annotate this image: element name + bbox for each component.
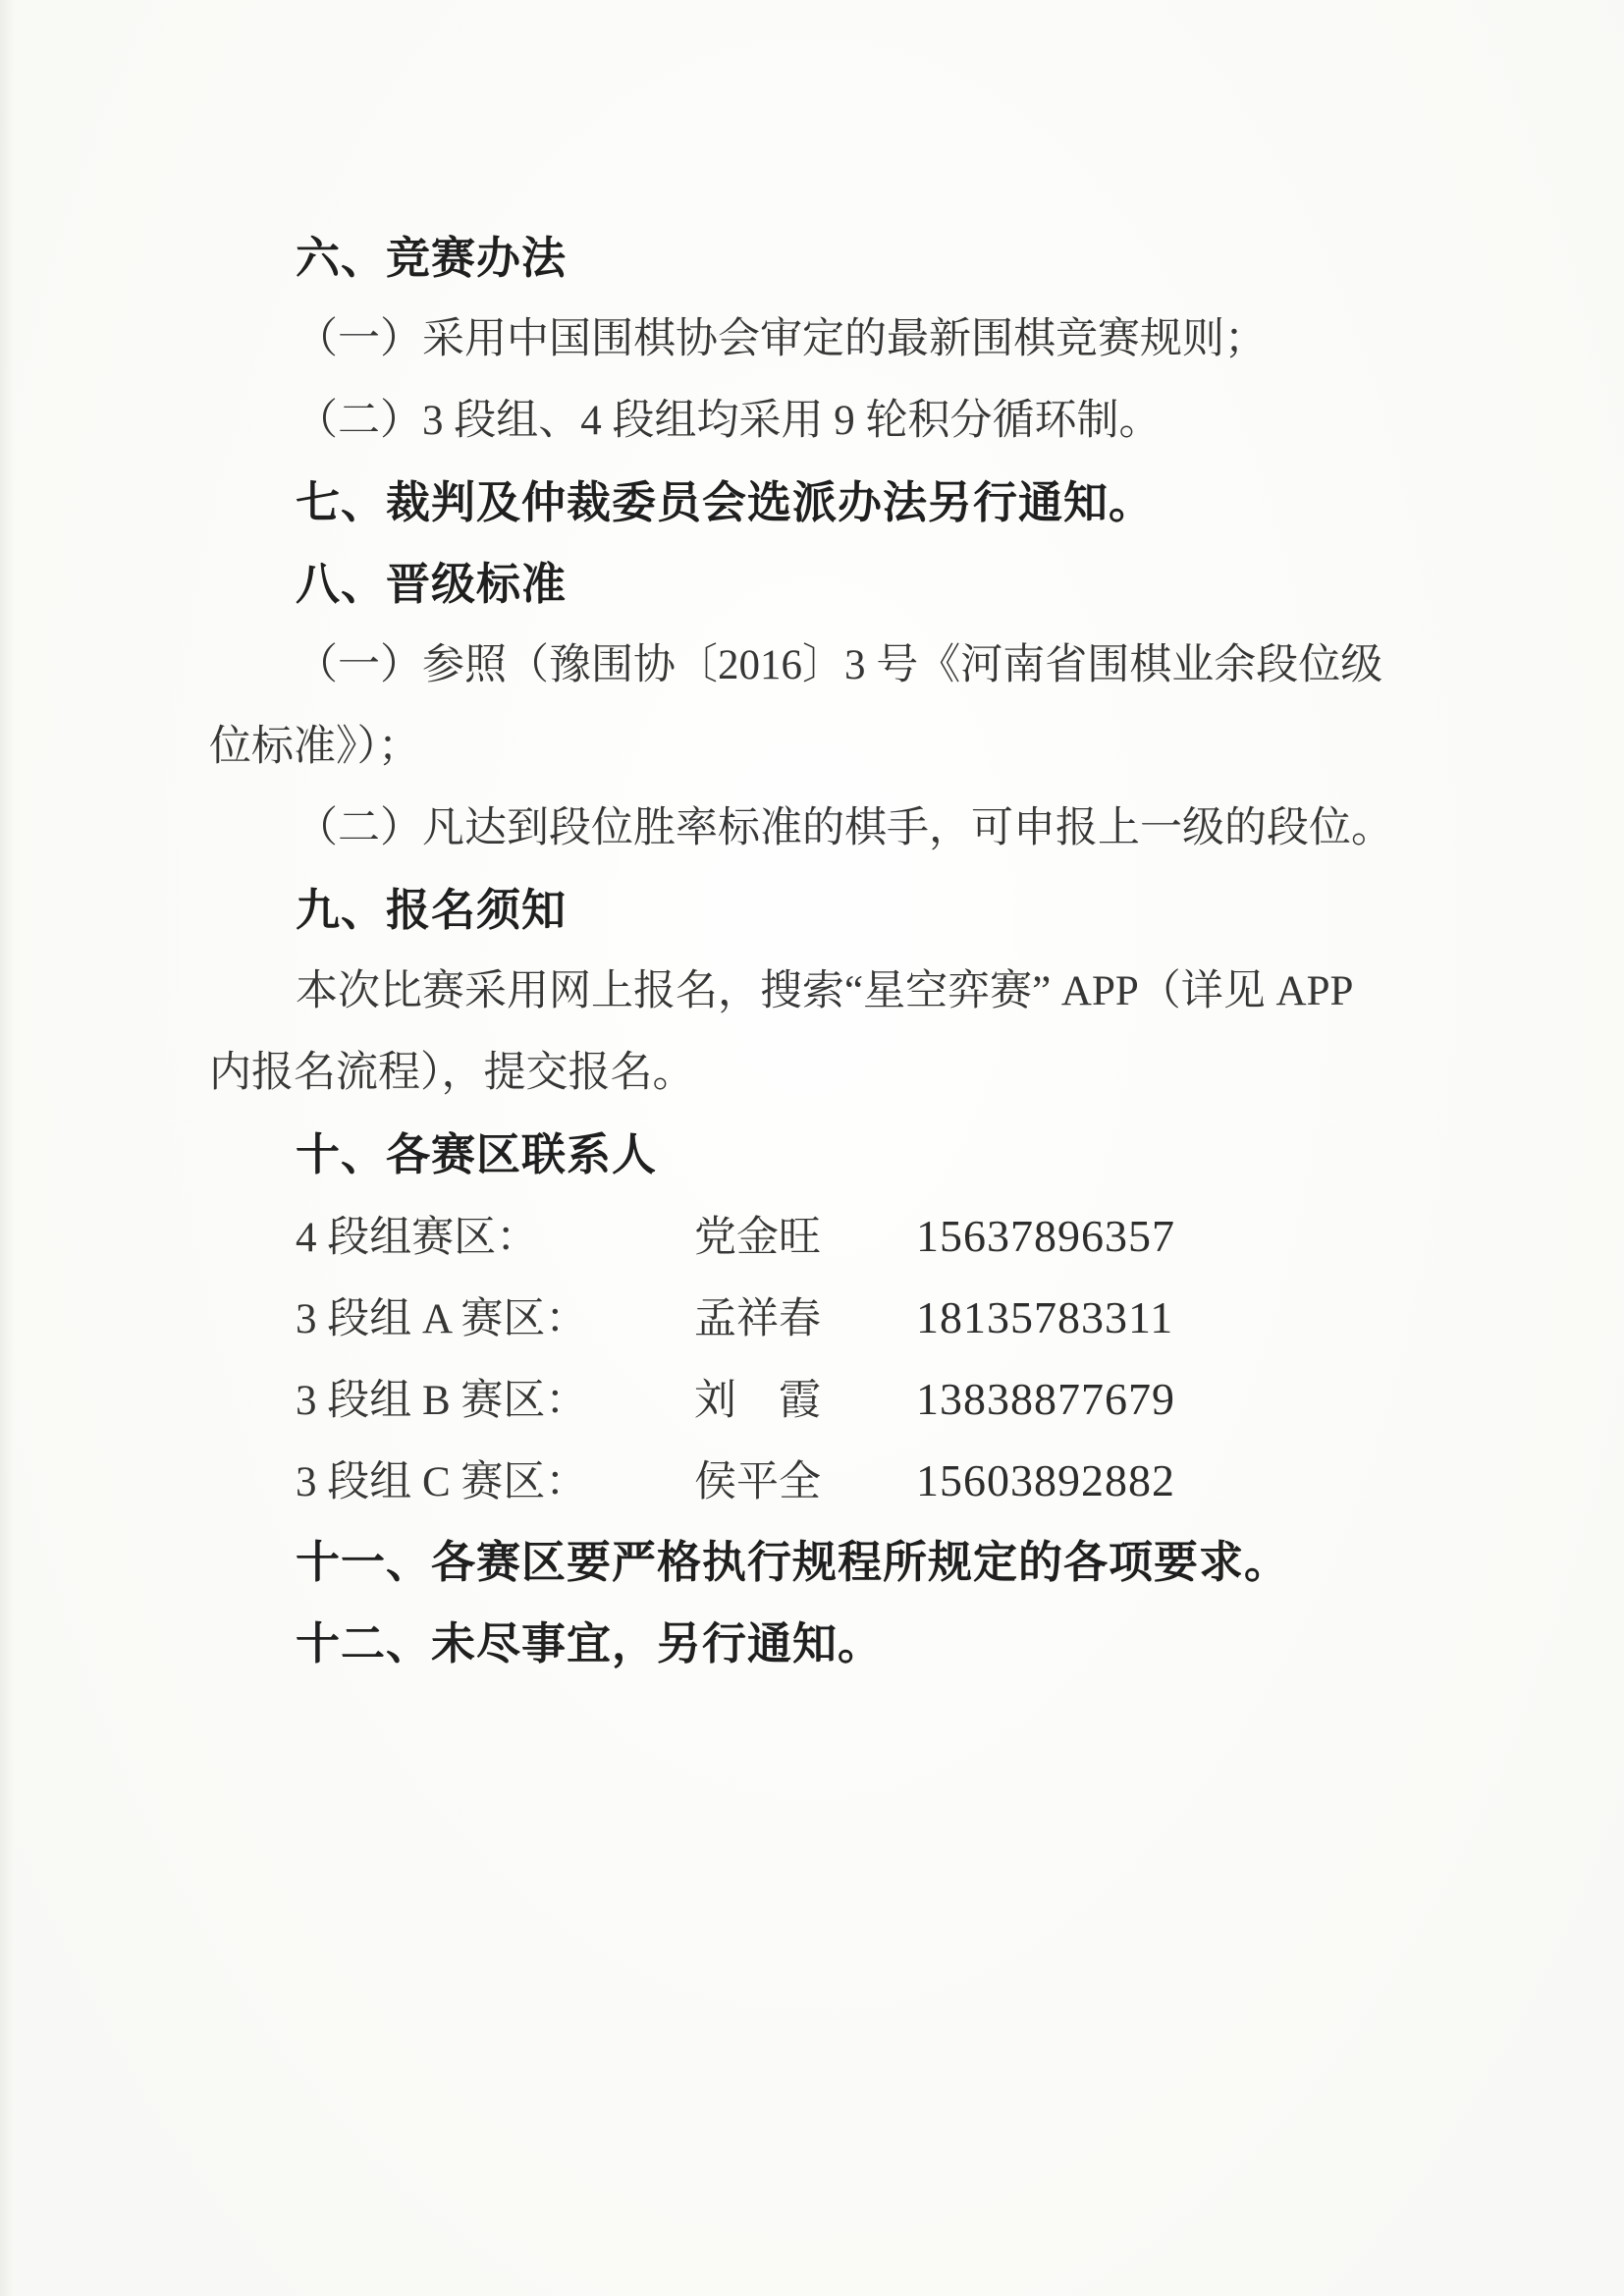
section-9-heading: 九、报名须知 (209, 869, 1397, 951)
section-7-heading: 七、裁判及仲裁委员会选派办法另行通知。 (209, 462, 1397, 543)
section-9-para-line-2: 内报名流程），提交报名。 (209, 1032, 1397, 1114)
contact-person-name: 刘 霞 (694, 1360, 828, 1442)
contact-phone-number: 13838877679 (916, 1358, 1175, 1440)
contact-phone-number: 15637896357 (916, 1195, 1175, 1277)
document-content: 六、竞赛办法 （一）采用中国围棋协会审定的最新围棋竞赛规则； （二）3 段组、4… (209, 217, 1397, 1684)
contact-person-name: 党金旺 (694, 1197, 828, 1279)
contact-person-name: 侯平全 (694, 1442, 828, 1523)
contact-phone-number: 18135783311 (916, 1277, 1173, 1358)
document-page: 六、竞赛办法 （一）采用中国围棋协会审定的最新围棋竞赛规则； （二）3 段组、4… (0, 0, 1624, 2296)
contact-row-4dan: 4 段组赛区：党金旺15637896357 (209, 1195, 1397, 1277)
section-12-heading: 十二、未尽事宜，另行通知。 (209, 1603, 1397, 1684)
section-11-heading: 十一、各赛区要严格执行规程所规定的各项要求。 (209, 1521, 1397, 1603)
section-6-heading: 六、竞赛办法 (209, 217, 1397, 299)
section-8-item-1-line-2: 位标准》）； (209, 706, 1397, 788)
section-8-item-1-line-1: （一）参照（豫围协〔2016〕3 号《河南省围棋业余段位级 (209, 625, 1397, 706)
scan-edge-shadow (0, 0, 14, 2296)
section-9-para-line-1: 本次比赛采用网上报名，搜索“星空弈赛” APP（详见 APP (209, 951, 1397, 1032)
contact-region-label: 3 段组 B 赛区： (296, 1360, 694, 1442)
contact-region-label: 4 段组赛区： (296, 1197, 694, 1279)
section-8-heading: 八、晋级标准 (209, 543, 1397, 625)
contact-region-label: 3 段组 C 赛区： (296, 1442, 694, 1523)
section-8-item-2: （二）凡达到段位胜率标准的棋手，可申报上一级的段位。 (209, 788, 1397, 869)
contact-row-3dan-c: 3 段组 C 赛区：侯平全15603892882 (209, 1440, 1397, 1521)
contact-person-name: 孟祥春 (694, 1279, 828, 1360)
contact-phone-number: 15603892882 (916, 1440, 1175, 1521)
contact-row-3dan-b: 3 段组 B 赛区：刘 霞13838877679 (209, 1358, 1397, 1440)
contact-row-3dan-a: 3 段组 A 赛区：孟祥春18135783311 (209, 1277, 1397, 1358)
contact-region-label: 3 段组 A 赛区： (296, 1279, 694, 1360)
section-6-item-2: （二）3 段组、4 段组均采用 9 轮积分循环制。 (209, 380, 1397, 462)
section-6-item-1: （一）采用中国围棋协会审定的最新围棋竞赛规则； (209, 299, 1397, 380)
section-10-heading: 十、各赛区联系人 (209, 1114, 1397, 1195)
